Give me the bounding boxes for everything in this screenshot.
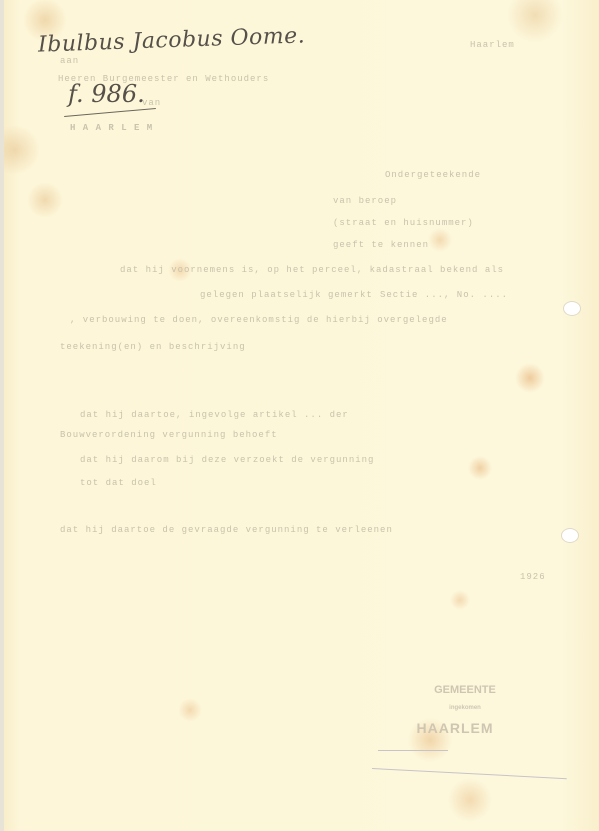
typed-address: (straat en huisnummer): [333, 218, 474, 228]
typed-line-article: dat hij daartoe, ingevolge artikel ... d…: [80, 410, 349, 420]
typed-addressee: Heeren Burgemeester en Wethouders: [58, 74, 269, 84]
typed-line-location: gelegen plaatselijk gemerkt: [200, 290, 373, 300]
punch-hole-top: [563, 301, 581, 316]
typed-year: 1926: [520, 572, 546, 582]
typed-undersigned: Ondergeteekende: [385, 170, 481, 180]
typed-line-request: dat hij daarom bij deze verzoekt de verg…: [80, 455, 374, 465]
typed-van: van: [142, 98, 161, 108]
folio-underline: [64, 108, 156, 117]
page-edge: [0, 0, 4, 831]
signature-stroke: [378, 750, 448, 751]
handwritten-name: Ibulbus Jacobus Oome.: [38, 23, 306, 57]
stamp-city: HAARLEM: [380, 720, 530, 736]
typed-line-purpose: tot dat doel: [80, 478, 157, 488]
typed-occupation: van beroep: [333, 196, 397, 206]
typed-city-heading: H A A R L E M: [70, 123, 153, 133]
signature-line: [372, 768, 567, 779]
typed-request-intro: geeft te kennen: [333, 240, 429, 250]
typed-line-drawings: teekening(en) en beschrijving: [60, 342, 246, 352]
handwritten-folio-number: f. 986.: [68, 80, 145, 108]
stamp-received: ingekomen: [410, 705, 520, 711]
stamp-municipality: GEMEENTE: [410, 684, 520, 696]
typed-place: Haarlem: [470, 40, 515, 50]
typed-line-closing: dat hij daartoe de gevraagde vergunning …: [60, 525, 393, 535]
typed-line-intent: dat hij voornemens is, op het perceel, k…: [120, 265, 504, 275]
typed-line-permit: Bouwverordening vergunning behoeft: [60, 430, 278, 440]
scanned-document-page: Ibulbus Jacobus Oome. f. 986. Haarlem aa…: [0, 0, 599, 831]
typed-line-work: , verbouwing te doen, overeenkomstig de …: [70, 315, 448, 325]
typed-line-section: Sectie ..., No. ....: [380, 290, 508, 300]
punch-hole-bottom: [561, 528, 579, 543]
typed-aan: aan: [60, 56, 79, 66]
